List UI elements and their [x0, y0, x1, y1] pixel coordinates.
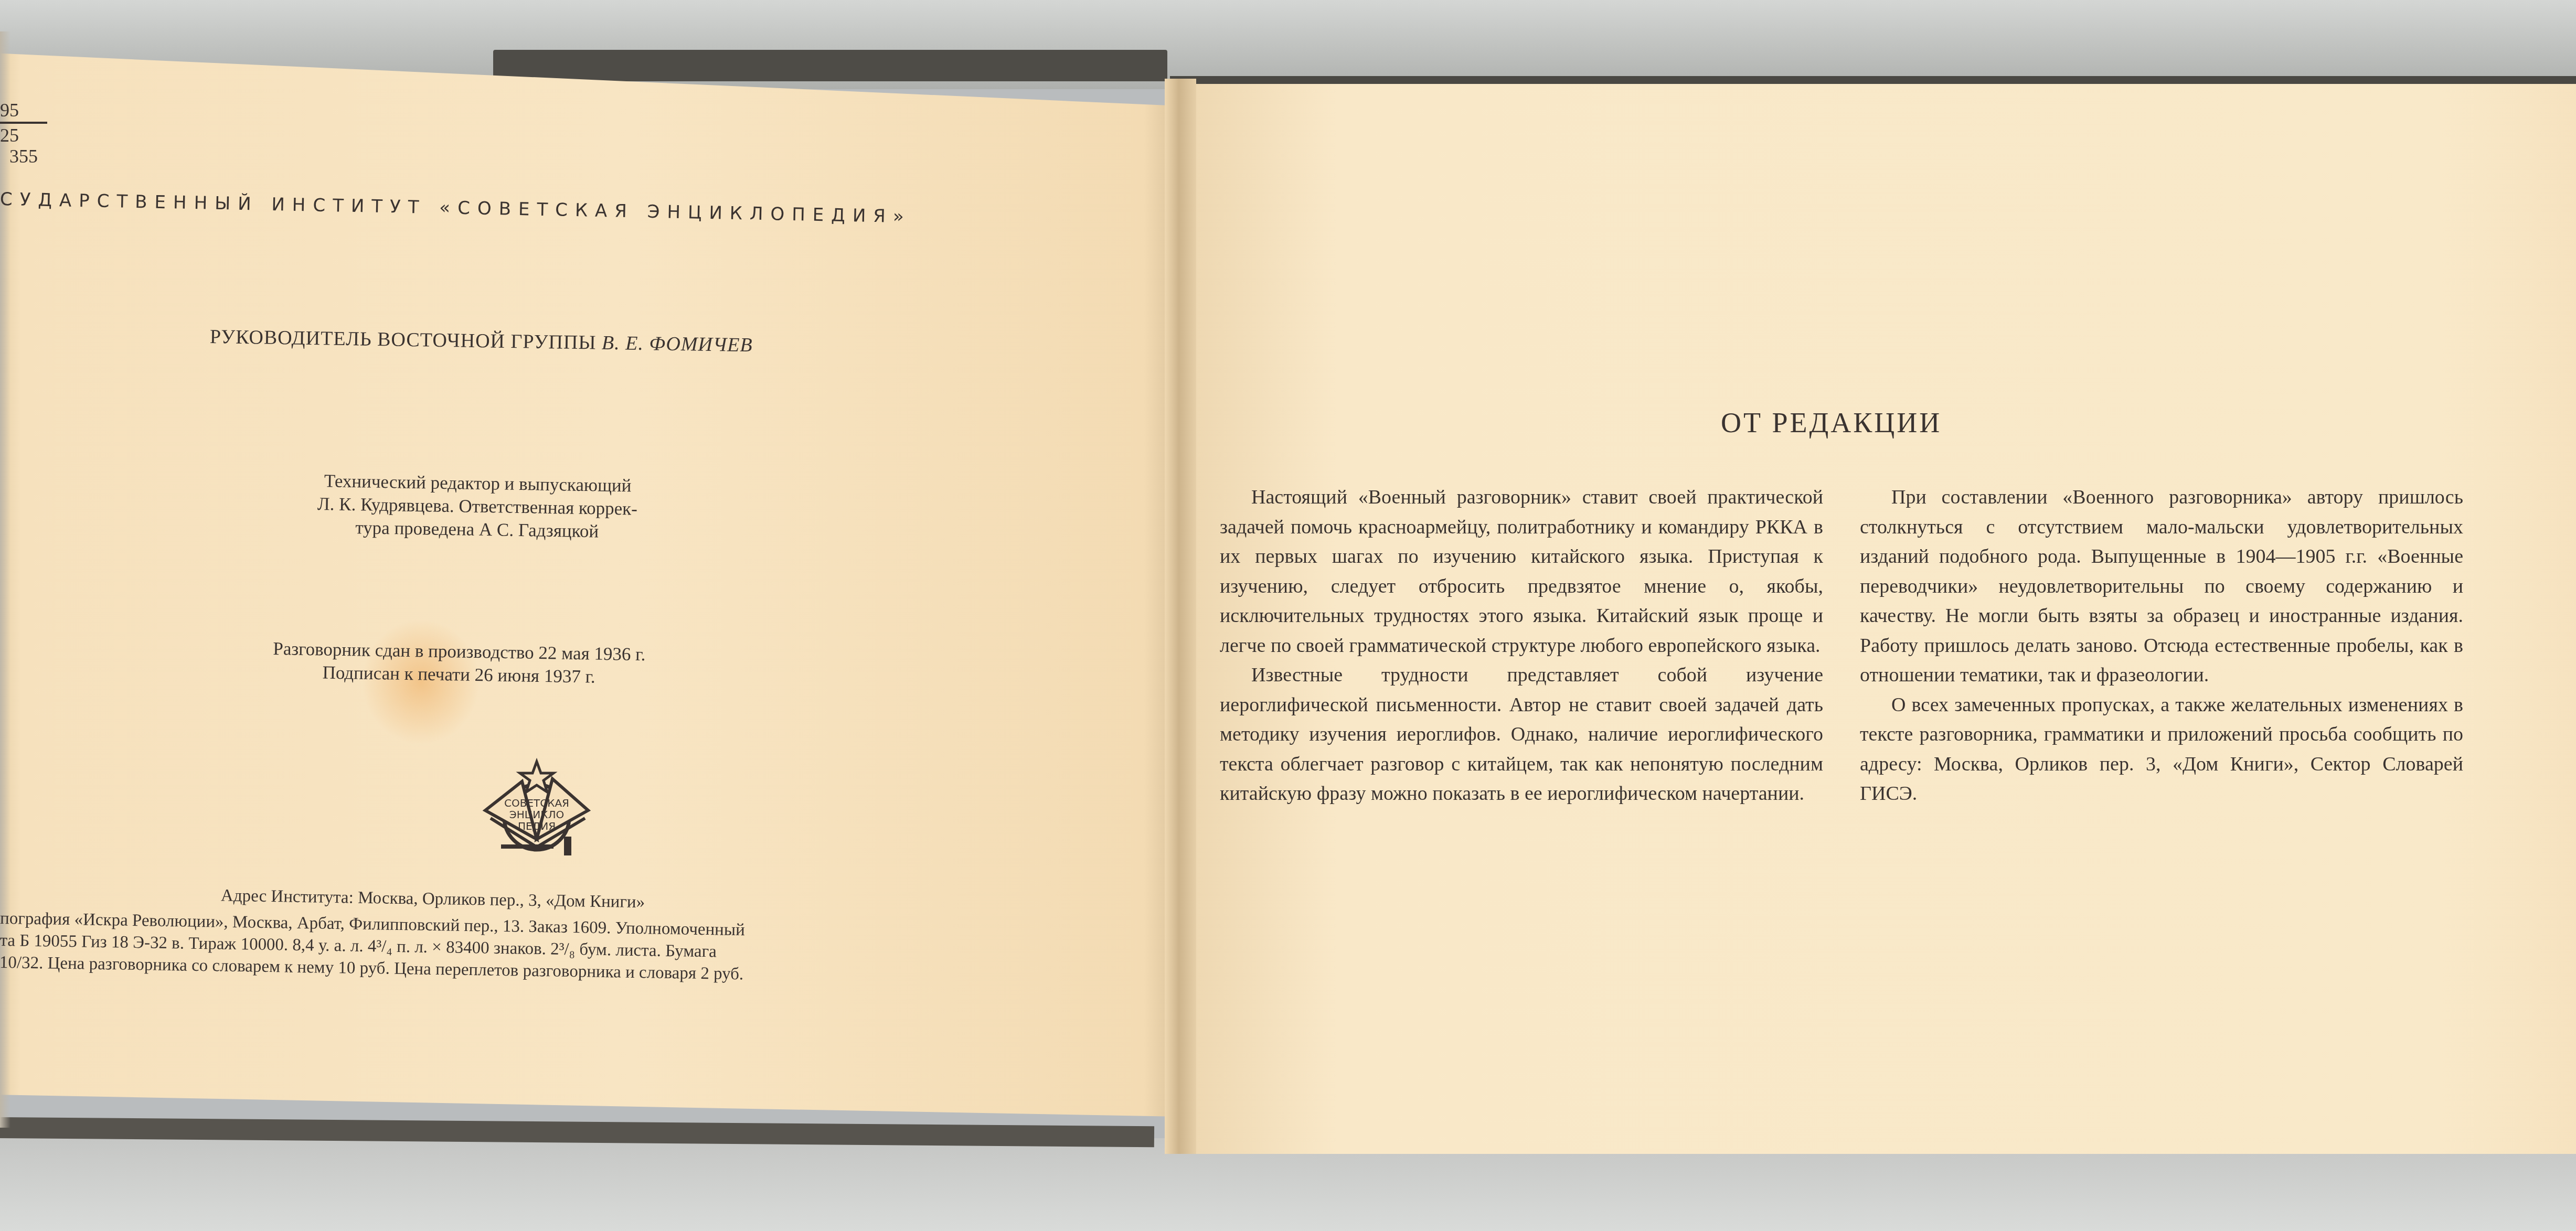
catalog-number-middle: 25	[0, 125, 19, 146]
preface-column-left: Настоящий «Военный разговорник» ставит с…	[1220, 483, 1823, 809]
catalog-number-bottom: 355	[0, 146, 38, 167]
catalog-number-top: 95	[0, 100, 19, 121]
preface-paragraph: О всех замеченных пропусках, а также жел…	[1860, 690, 2463, 809]
catalog-fraction-rule	[0, 122, 47, 124]
book-cover-edge-top-left	[493, 50, 1167, 81]
catalog-number: 95 25 355	[0, 100, 47, 167]
book-gutter	[1165, 79, 1196, 1154]
printing-imprint: Адрес Института: Москва, Орликов пер., 3…	[0, 881, 746, 985]
preface-paragraph: Настоящий «Военный разговорник» ставит с…	[1220, 483, 1823, 660]
preface-paragraph: Известные трудности представляет собой и…	[1220, 660, 1823, 809]
sovetskaya-entsiklopediya-emblem-icon: СОВЕТСКАЯ ЭНЦИКЛО ПЕДИЯ	[475, 750, 595, 860]
svg-text:СОВЕТСКАЯ: СОВЕТСКАЯ	[504, 797, 569, 809]
svg-text:ПЕДИЯ: ПЕДИЯ	[518, 820, 556, 832]
preface-column-right: При составлении «Военного разговорника» …	[1860, 483, 2463, 809]
technical-editor-block: Технический редактор и выпускающий Л. К.…	[317, 469, 638, 544]
svg-text:ЭНЦИКЛО: ЭНЦИКЛО	[509, 808, 564, 821]
director-name: В. Е. ФОМИЧЕВ	[602, 332, 753, 357]
preface-paragraph: При составлении «Военного разговорника» …	[1860, 483, 2463, 690]
production-dates: Разговорник сдан в производство 22 мая 1…	[272, 637, 645, 689]
page-title: ОТ РЕДАКЦИИ	[1721, 406, 1942, 439]
